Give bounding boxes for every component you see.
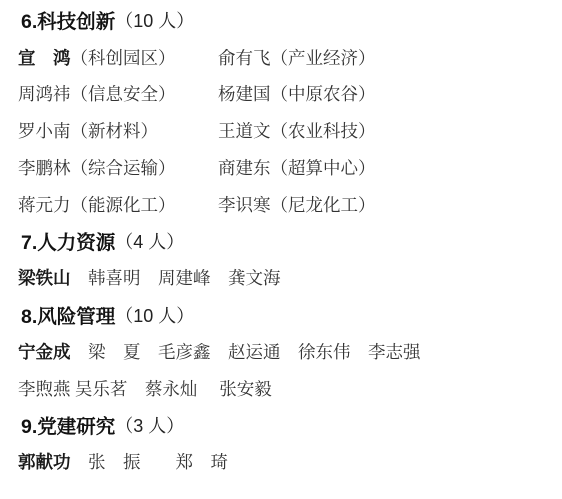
member-names: 梁 夏 毛彦鑫 赵运通 徐东伟 李志强	[71, 339, 421, 364]
member-entry: 杨建国（中原农谷）	[218, 81, 376, 106]
leader-name: 郭献功	[18, 449, 71, 474]
section-8-heading: 8.风险管理（10 人）	[18, 296, 562, 333]
member-row: 李煦燕 吴乐茗 蔡永灿 张安毅	[18, 370, 562, 407]
member-row: 梁铁山 韩喜明 周建峰 龚文海	[18, 260, 562, 297]
section-member-count: （4 人）	[115, 228, 184, 254]
member-entry: 李鹏林（综合运输）	[18, 155, 218, 180]
member-names: 韩喜明 周建峰 龚文海	[71, 265, 281, 290]
section-member-count: （10 人）	[115, 302, 194, 328]
member-list-document: 6.科技创新（10 人） 宣 鸿（科创园区） 俞有飞（产业经济） 周鸿祎（信息安…	[0, 0, 562, 480]
member-entry: 蒋元力（能源化工）	[18, 192, 218, 217]
member-row: 宣 鸿（科创园区） 俞有飞（产业经济）	[18, 39, 562, 76]
member-entry: 罗小南（新材料）	[18, 118, 218, 143]
member-row: 罗小南（新材料） 王道文（农业科技）	[18, 112, 562, 149]
member-entry: 宣 鸿（科创园区）	[18, 45, 218, 70]
leader-name: 梁铁山	[18, 265, 71, 290]
section-title: 9.党建研究	[21, 411, 115, 439]
section-member-count: （3 人）	[115, 412, 184, 438]
member-row: 周鸿祎（信息安全） 杨建国（中原农谷）	[18, 76, 562, 113]
member-entry: 李识寒（尼龙化工）	[218, 192, 376, 217]
section-title: 8.风险管理	[21, 301, 115, 329]
section-title: 7.人力资源	[21, 227, 115, 255]
member-entry: 俞有飞（产业经济）	[218, 45, 376, 70]
member-row: 蒋元力（能源化工） 李识寒（尼龙化工）	[18, 186, 562, 223]
leader-name: 宁金成	[18, 339, 71, 364]
member-affiliation: （科创园区）	[71, 48, 176, 68]
member-row: 宁金成 梁 夏 毛彦鑫 赵运通 徐东伟 李志强	[18, 333, 562, 370]
section-9-heading: 9.党建研究（3 人）	[18, 407, 562, 444]
section-7-heading: 7.人力资源（4 人）	[18, 223, 562, 260]
member-row: 郭献功 张 振 郑 琦	[18, 444, 562, 481]
section-title: 6.科技创新	[21, 6, 115, 34]
member-entry: 王道文（农业科技）	[218, 118, 376, 143]
leader-name: 宣 鸿	[18, 48, 71, 68]
member-names: 张 振 郑 琦	[71, 449, 229, 474]
section-member-count: （10 人）	[115, 7, 194, 33]
member-names: 李煦燕 吴乐茗 蔡永灿 张安毅	[18, 376, 272, 401]
section-6-heading: 6.科技创新（10 人）	[18, 2, 562, 39]
member-entry: 周鸿祎（信息安全）	[18, 81, 218, 106]
member-row: 李鹏林（综合运输） 商建东（超算中心）	[18, 149, 562, 186]
member-entry: 商建东（超算中心）	[218, 155, 376, 180]
